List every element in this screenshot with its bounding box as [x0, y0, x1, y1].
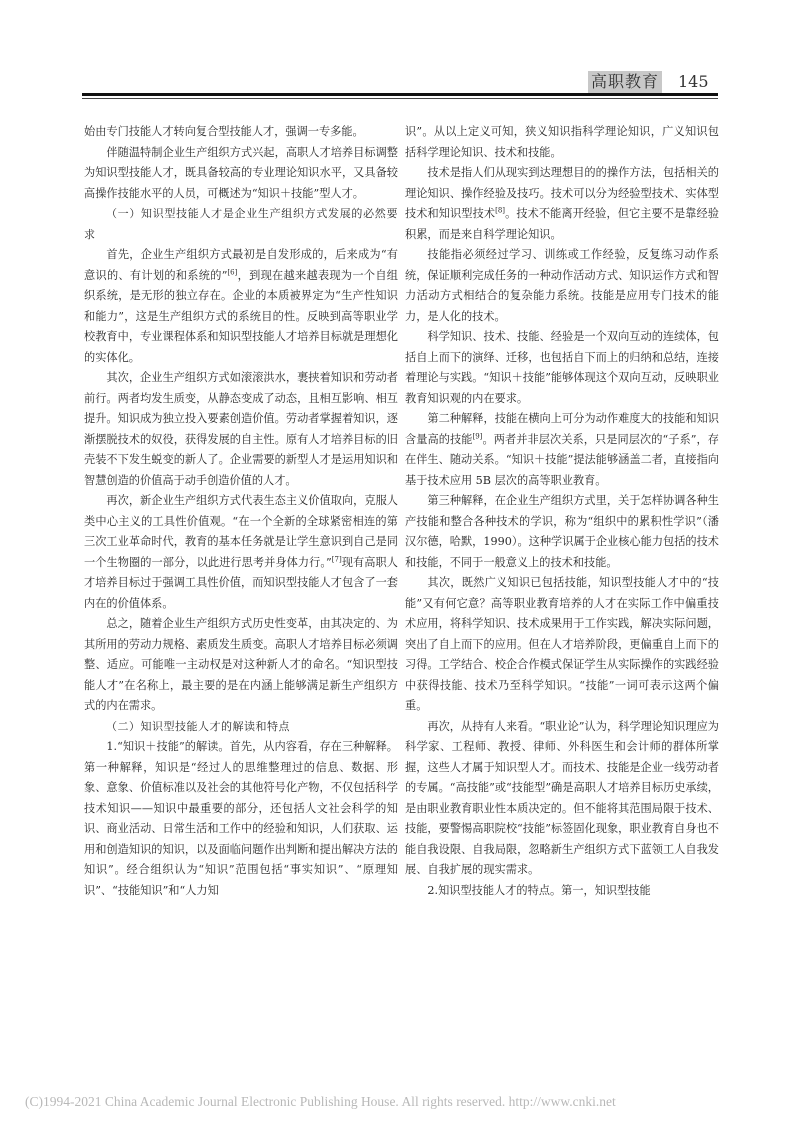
citation-ref: [6] — [227, 268, 237, 276]
paragraph: 始由专门技能人才转向复合型技能人才，强调一专多能。 — [84, 122, 398, 143]
section-heading: （一）知识型技能人才是企业生产组织方式发展的必然要求 — [84, 204, 398, 245]
paragraph: 再次，从持有人来看。“职业论”认为，科学理论知识理应为科学家、工程师、教授、律师… — [405, 717, 719, 881]
paragraph: 技能指必须经过学习、训练或工作经验，反复练习动作系统，保证顺利完成任务的一种动作… — [405, 245, 719, 327]
running-header: 高职教育 145 — [82, 66, 718, 98]
paragraph: 科学知识、技术、技能、经验是一个双向互动的连续体，包括自上而下的演绎、迁移，也包… — [405, 327, 719, 409]
right-column: 识”。从以上定义可知，狭义知识指科学理论知识，广义知识包括科学理论知识、技术和技… — [405, 122, 719, 901]
paragraph: 1.“知识＋技能”的解读。首先，从内容看，存在三种解释。第一种解释，知识是“经过… — [84, 737, 398, 901]
section-heading: （二）知识型技能人才的解读和特点 — [84, 717, 398, 738]
citation-ref: [8] — [495, 206, 505, 214]
header-rule-thin — [82, 98, 718, 99]
header-rule-thick — [82, 93, 718, 96]
citation-ref: [9] — [473, 432, 483, 440]
citation-ref: [7] — [332, 555, 342, 563]
paragraph: 总之，随着企业生产组织方式历史性变革，由其决定的、为其所用的劳动力规格、素质发生… — [84, 614, 398, 717]
paragraph: 2.知识型技能人才的特点。第一，知识型技能 — [405, 881, 719, 902]
paragraph: 识”。从以上定义可知，狭义知识指科学理论知识，广义知识包括科学理论知识、技术和技… — [405, 122, 719, 163]
paragraph: 再次，新企业生产组织方式代表生态主义价值取向，克服人类中心主义的工具性价值观。“… — [84, 491, 398, 614]
page-number: 145 — [678, 72, 709, 92]
paragraph: 其次，企业生产组织方式如滚滚洪水，裹挟着知识和劳动者前行。两者均发生质变，从静态… — [84, 368, 398, 491]
paragraph: 首先，企业生产组织方式最初是自发形成的，后来成为“有意识的、有计划的和系统的”[… — [84, 245, 398, 368]
paragraph: 第三种解释，在企业生产组织方式里，关于怎样协调各种生产技能和整合各种技术的学识，… — [405, 491, 719, 573]
paragraph: 其次，既然广义知识已包括技能，知识型技能人才中的“技能”又有何它意？高等职业教育… — [405, 573, 719, 717]
left-column: 始由专门技能人才转向复合型技能人才，强调一专多能。 伴随温特制企业生产组织方式兴… — [84, 122, 398, 901]
paragraph: 伴随温特制企业生产组织方式兴起，高职人才培养目标调整为知识型技能人才，既具备较高… — [84, 143, 398, 205]
copyright-footer: (C)1994-2021 China Academic Journal Elec… — [25, 1094, 616, 1110]
paragraph: 第二种解释，技能在横向上可分为动作难度大的技能和知识含量高的技能[9]。两者并非… — [405, 409, 719, 491]
paragraph: 技术是指人们从现实到达理想目的的操作方法，包括相关的理论知识、操作经验及技巧。技… — [405, 163, 719, 245]
journal-name: 高职教育 — [588, 71, 662, 93]
